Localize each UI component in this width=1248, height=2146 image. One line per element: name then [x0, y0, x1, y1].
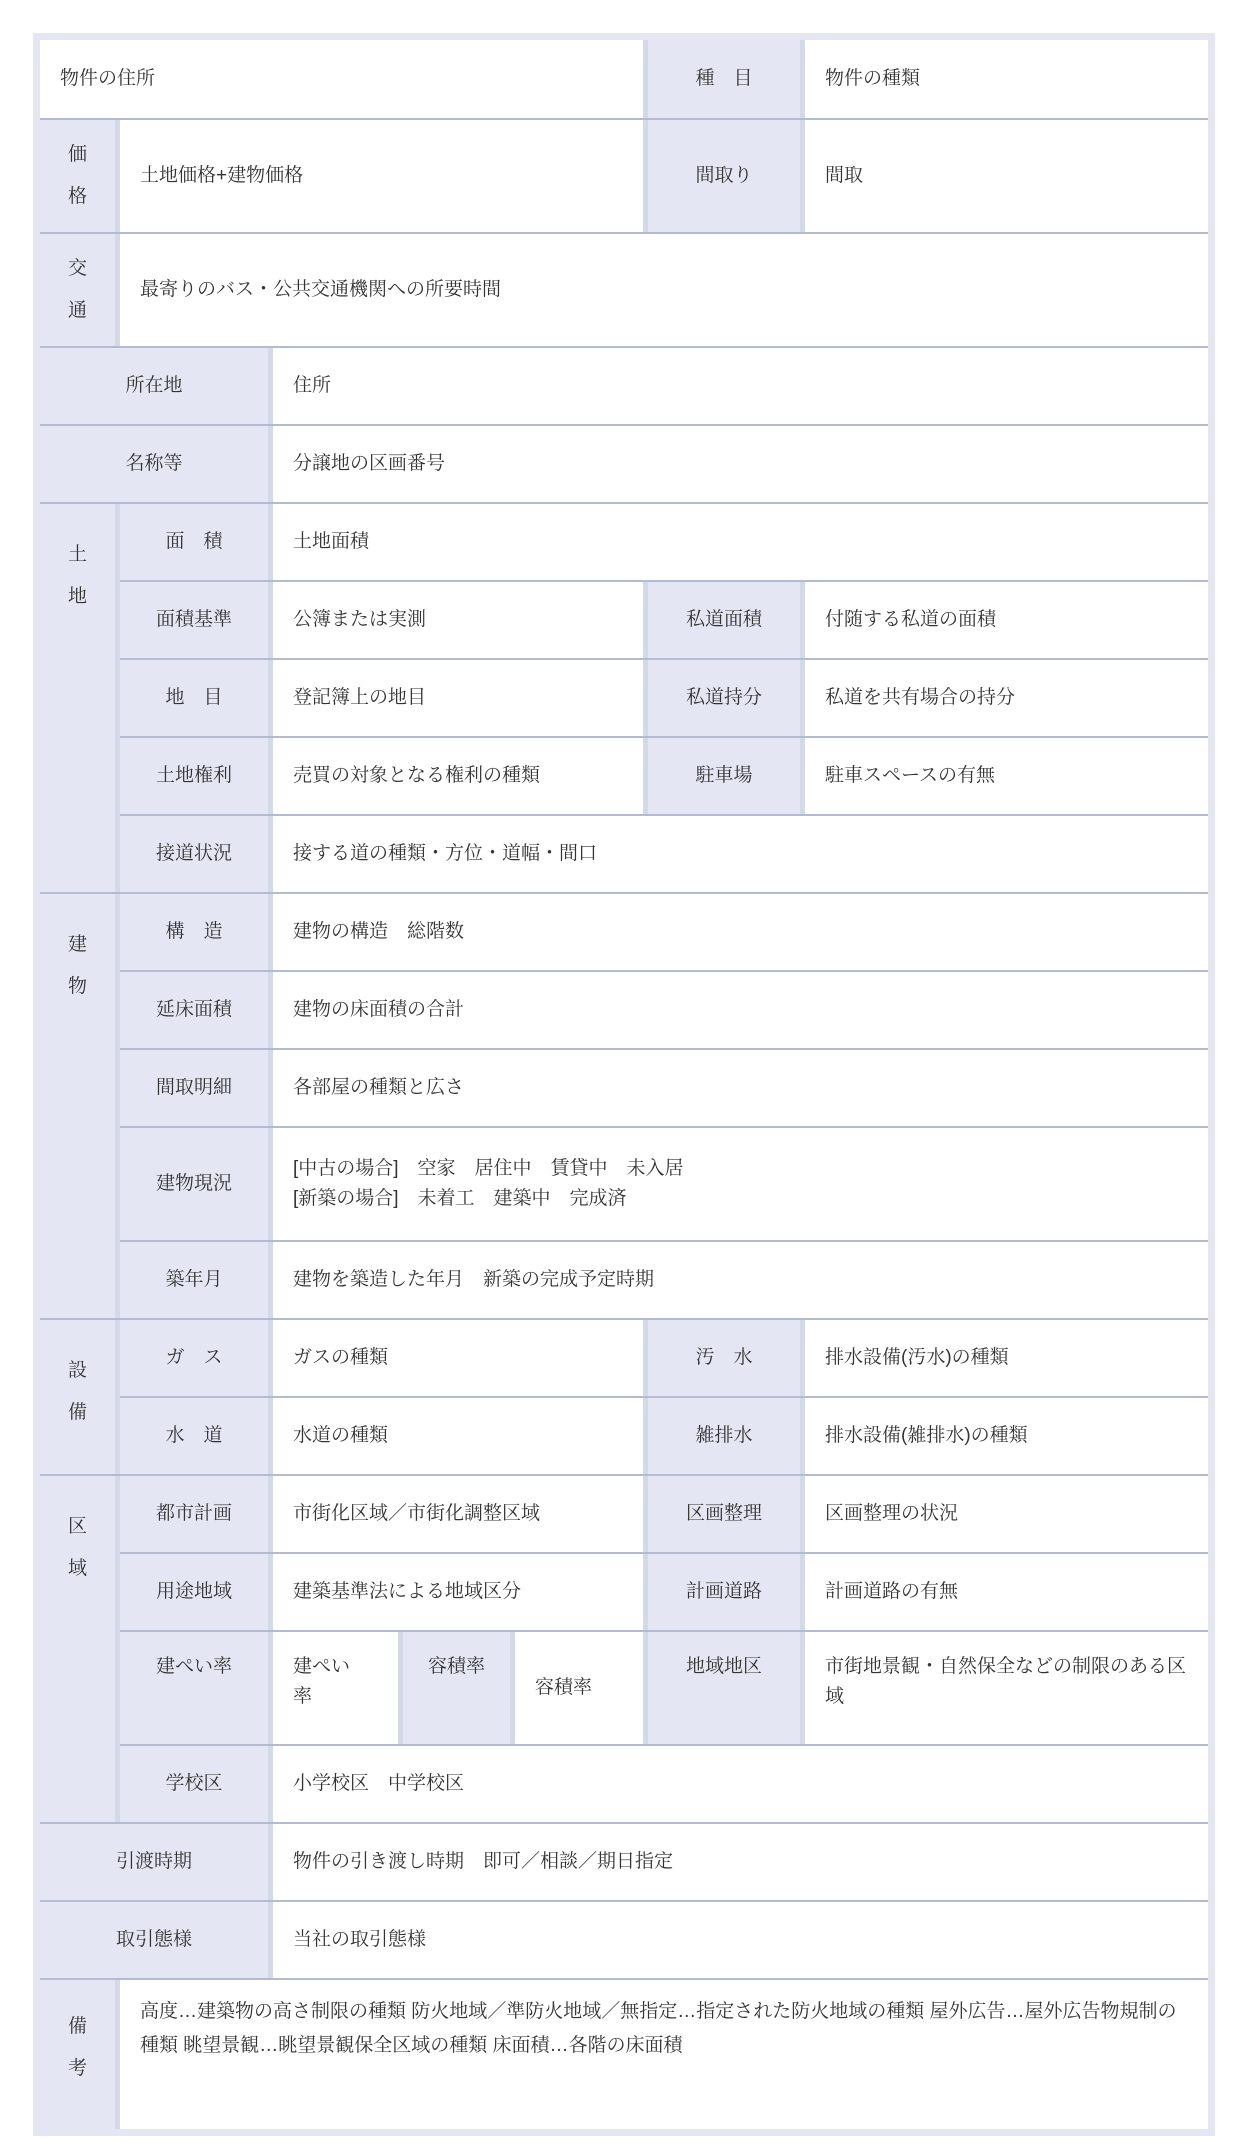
value-cell-transaction-type: 当社の取引態様 [273, 1902, 1208, 1978]
row-price: 価格 土地価格+建物価格 間取り 間取 [40, 118, 1208, 232]
header-cell-sewage: 汚 水 [648, 1320, 800, 1396]
value-cell-floorplan: 間取 [805, 120, 1208, 232]
value-cell-land-area: 土地面積 [273, 504, 1208, 580]
row-access: 交通 最寄りのバス・公共交通機関への所要時間 [40, 232, 1208, 346]
row-building-status: 建物現況 [中古の場合] 空家 居住中 賃貸中 未入居 [新築の場合] 未着工 … [120, 1126, 1208, 1240]
row-built-date: 築年月 建物を築造した年月 新築の完成予定時期 [120, 1240, 1208, 1318]
header-cell-private-road-share: 私道持分 [648, 660, 800, 736]
header-cell-building-status: 建物現況 [120, 1128, 268, 1240]
row-floorplan-detail: 間取明細 各部屋の種類と広さ [120, 1048, 1208, 1126]
value-cell-property-type: 物件の種類 [805, 40, 1208, 118]
header-cell-district-area: 地域地区 [648, 1632, 800, 1744]
header-cell-gas: ガ ス [120, 1320, 268, 1396]
value-cell-use-district: 建築基準法による地域区分 [273, 1554, 643, 1630]
header-cell-handover-time: 引渡時期 [40, 1824, 268, 1900]
row-handover-time: 引渡時期 物件の引き渡し時期 即可／相談／期日指定 [40, 1822, 1208, 1900]
row-total-floor-area: 延床面積 建物の床面積の合計 [120, 970, 1208, 1048]
value-cell-access: 最寄りのバス・公共交通機関への所要時間 [120, 234, 1208, 346]
header-cell-city-planning: 都市計画 [120, 1476, 268, 1552]
row-location: 所在地 住所 [40, 346, 1208, 424]
group-label-building: 建物 [40, 894, 115, 1318]
value-cell-coverage-ratio: 建ぺい 率 [273, 1632, 398, 1744]
value-cell-city-planning: 市街化区域／市街化調整区域 [273, 1476, 643, 1552]
value-cell-handover-time: 物件の引き渡し時期 即可／相談／期日指定 [273, 1824, 1208, 1900]
value-cell-built-date: 建物を築造した年月 新築の完成予定時期 [273, 1242, 1208, 1318]
header-cell-land-readjustment: 区画整理 [648, 1476, 800, 1552]
header-cell-location: 所在地 [40, 348, 268, 424]
header-cell-name: 名称等 [40, 426, 268, 502]
header-cell-school-district: 学校区 [120, 1746, 268, 1822]
header-cell-transaction-type: 取引態様 [40, 1902, 268, 1978]
value-cell-area-basis: 公簿または実測 [273, 582, 643, 658]
group-remarks: 備考 高度…建築物の高さ制限の種類 防火地域／準防火地域／無指定…指定された防火… [40, 1978, 1208, 2129]
value-cell-land-rights: 売買の対象となる権利の種類 [273, 738, 643, 814]
header-cell-built-date: 築年月 [120, 1242, 268, 1318]
value-cell-district-area: 市街地景観・自然保全などの制限のある区域 [805, 1632, 1208, 1744]
row-road-contact: 接道状況 接する道の種類・方位・道幅・間口 [120, 814, 1208, 892]
group-facilities: 設備 ガ ス ガスの種類 汚 水 排水設備(汚水)の種類 水 道 水道の種類 雑… [40, 1318, 1208, 1474]
header-cell-coverage-ratio: 建ぺい率 [120, 1632, 268, 1744]
value-cell-land-readjustment: 区画整理の状況 [805, 1476, 1208, 1552]
row-gas: ガ ス ガスの種類 汚 水 排水設備(汚水)の種類 [120, 1320, 1208, 1396]
header-cell-gray-water: 雑排水 [648, 1398, 800, 1474]
header-cell-total-floor-area: 延床面積 [120, 972, 268, 1048]
group-label-remarks: 備考 [40, 1980, 115, 2129]
value-cell-property-address: 物件の住所 [40, 40, 643, 118]
group-label-zoning: 区域 [40, 1476, 115, 1822]
row-city-planning: 都市計画 市街化区域／市街化調整区域 区画整理 区画整理の状況 [120, 1476, 1208, 1552]
value-cell-gas: ガスの種類 [273, 1320, 643, 1396]
row-use-district: 用途地域 建築基準法による地域区分 計画道路 計画道路の有無 [120, 1552, 1208, 1630]
header-cell-private-road-area: 私道面積 [648, 582, 800, 658]
row-water: 水 道 水道の種類 雑排水 排水設備(雑排水)の種類 [120, 1396, 1208, 1474]
value-cell-sewage: 排水設備(汚水)の種類 [805, 1320, 1208, 1396]
value-cell-road-contact: 接する道の種類・方位・道幅・間口 [273, 816, 1208, 892]
header-cell-land-rights: 土地権利 [120, 738, 268, 814]
header-cell-parking: 駐車場 [648, 738, 800, 814]
header-cell-land-category: 地 目 [120, 660, 268, 736]
value-cell-remarks: 高度…建築物の高さ制限の種類 防火地域／準防火地域／無指定…指定された防火地域の… [120, 1980, 1208, 2129]
header-cell-water: 水 道 [120, 1398, 268, 1474]
header-cell-use-district: 用途地域 [120, 1554, 268, 1630]
row-structure: 構 造 建物の構造 総階数 [120, 894, 1208, 970]
value-cell-school-district: 小学校区 中学校区 [273, 1746, 1208, 1822]
group-building: 建物 構 造 建物の構造 総階数 延床面積 建物の床面積の合計 間取明細 各部屋… [40, 892, 1208, 1318]
header-cell-road-contact: 接道状況 [120, 816, 268, 892]
value-cell-location: 住所 [273, 348, 1208, 424]
header-cell-area-basis: 面積基準 [120, 582, 268, 658]
value-cell-floor-area-ratio: 容積率 [515, 1632, 643, 1744]
header-cell-access: 交通 [40, 234, 115, 346]
value-cell-planned-road: 計画道路の有無 [805, 1554, 1208, 1630]
group-land: 土地 面 積 土地面積 面積基準 公簿または実測 私道面積 付随する私道の面積 … [40, 502, 1208, 892]
value-cell-water: 水道の種類 [273, 1398, 643, 1474]
header-cell-floorplan-detail: 間取明細 [120, 1050, 268, 1126]
value-cell-total-floor-area: 建物の床面積の合計 [273, 972, 1208, 1048]
row-name: 名称等 分譲地の区画番号 [40, 424, 1208, 502]
row-area-basis: 面積基準 公簿または実測 私道面積 付随する私道の面積 [120, 580, 1208, 658]
header-cell-category: 種 目 [648, 40, 800, 118]
value-cell-price: 土地価格+建物価格 [120, 120, 643, 232]
header-cell-floorplan: 間取り [648, 120, 800, 232]
group-label-land: 土地 [40, 504, 115, 892]
value-cell-building-status: [中古の場合] 空家 居住中 賃貸中 未入居 [新築の場合] 未着工 建築中 完… [273, 1128, 1208, 1240]
value-cell-gray-water: 排水設備(雑排水)の種類 [805, 1398, 1208, 1474]
value-cell-private-road-share: 私道を共有場合の持分 [805, 660, 1208, 736]
row-coverage-ratio: 建ぺい率 建ぺい 率 容積率 容積率 地域地区 市街地景観・自然保全などの制限の… [120, 1630, 1208, 1744]
group-label-facilities: 設備 [40, 1320, 115, 1474]
value-cell-land-category: 登記簿上の地目 [273, 660, 643, 736]
group-zoning: 区域 都市計画 市街化区域／市街化調整区域 区画整理 区画整理の状況 用途地域 … [40, 1474, 1208, 1822]
header-cell-land-area: 面 積 [120, 504, 268, 580]
row-school-district: 学校区 小学校区 中学校区 [120, 1744, 1208, 1822]
row-land-rights: 土地権利 売買の対象となる権利の種類 駐車場 駐車スペースの有無 [120, 736, 1208, 814]
row-property-address: 物件の住所 種 目 物件の種類 [40, 40, 1208, 118]
property-spec-table: 物件の住所 種 目 物件の種類 価格 土地価格+建物価格 間取り 間取 交通 最… [33, 33, 1215, 2136]
value-cell-name: 分譲地の区画番号 [273, 426, 1208, 502]
header-cell-structure: 構 造 [120, 894, 268, 970]
value-cell-floorplan-detail: 各部屋の種類と広さ [273, 1050, 1208, 1126]
row-transaction-type: 取引態様 当社の取引態様 [40, 1900, 1208, 1978]
header-cell-price: 価格 [40, 120, 115, 232]
header-cell-floor-area-ratio: 容積率 [403, 1632, 510, 1744]
value-cell-private-road-area: 付随する私道の面積 [805, 582, 1208, 658]
row-land-area: 面 積 土地面積 [120, 504, 1208, 580]
row-land-category: 地 目 登記簿上の地目 私道持分 私道を共有場合の持分 [120, 658, 1208, 736]
header-cell-planned-road: 計画道路 [648, 1554, 800, 1630]
value-cell-structure: 建物の構造 総階数 [273, 894, 1208, 970]
value-cell-parking: 駐車スペースの有無 [805, 738, 1208, 814]
